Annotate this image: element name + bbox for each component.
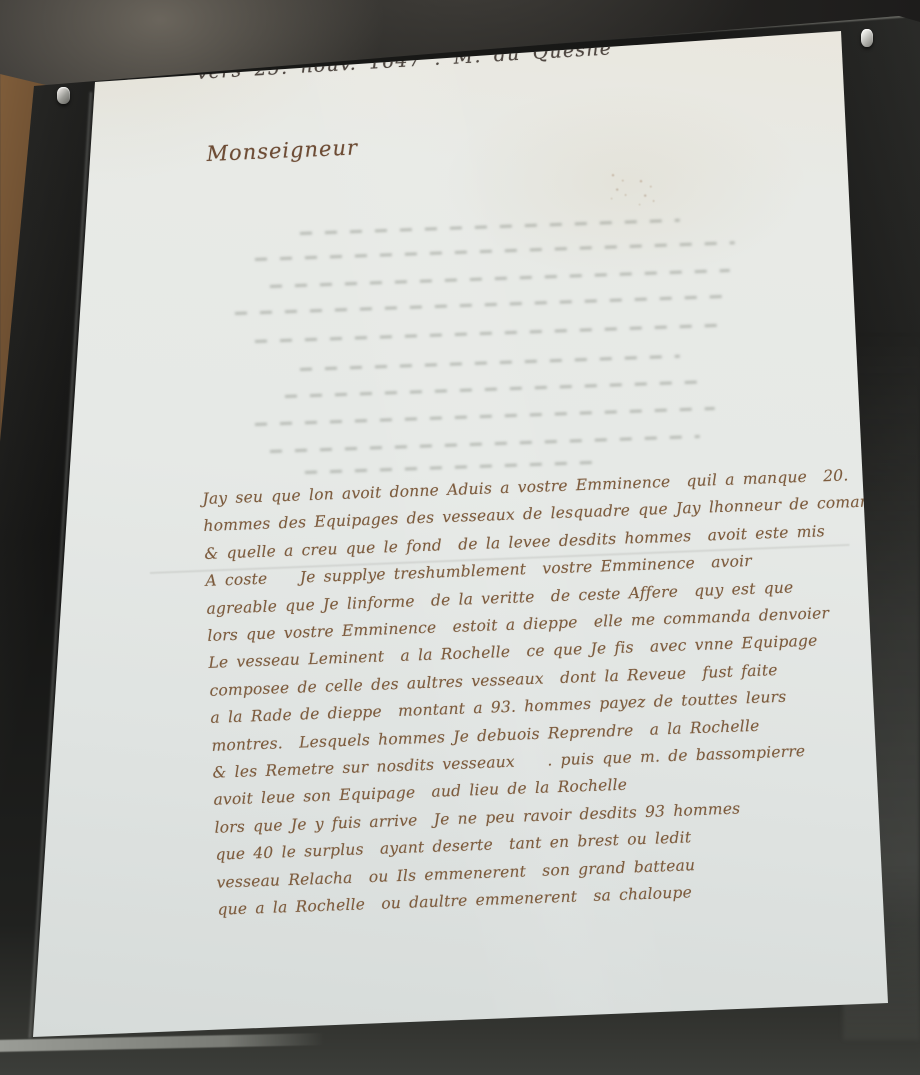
letter-paper: vers 25. nouv. 1647 . M. du Quesne Monse… bbox=[0, 0, 920, 1075]
ink-bleedthrough bbox=[300, 219, 680, 235]
ink-bleedthrough bbox=[255, 241, 735, 261]
ink-bleedthrough bbox=[300, 355, 680, 371]
ink-bleedthrough bbox=[235, 295, 735, 315]
museum-display-photo: vers 25. nouv. 1647 . M. du Quesne Monse… bbox=[0, 0, 920, 1075]
ink-bleedthrough bbox=[255, 324, 725, 343]
letter-body: Jay seu que lon avoit donne Aduis a vost… bbox=[202, 461, 908, 924]
mount-pin-top-right bbox=[861, 29, 873, 47]
mount-pin-top-left bbox=[57, 87, 70, 104]
foxing-stain bbox=[606, 168, 634, 204]
ink-bleedthrough bbox=[285, 380, 705, 398]
foxing-stain bbox=[634, 174, 662, 210]
salutation: Monseigneur bbox=[206, 135, 358, 166]
ink-bleedthrough bbox=[270, 435, 700, 453]
ink-bleedthrough bbox=[270, 269, 730, 288]
ink-bleedthrough bbox=[255, 407, 715, 426]
